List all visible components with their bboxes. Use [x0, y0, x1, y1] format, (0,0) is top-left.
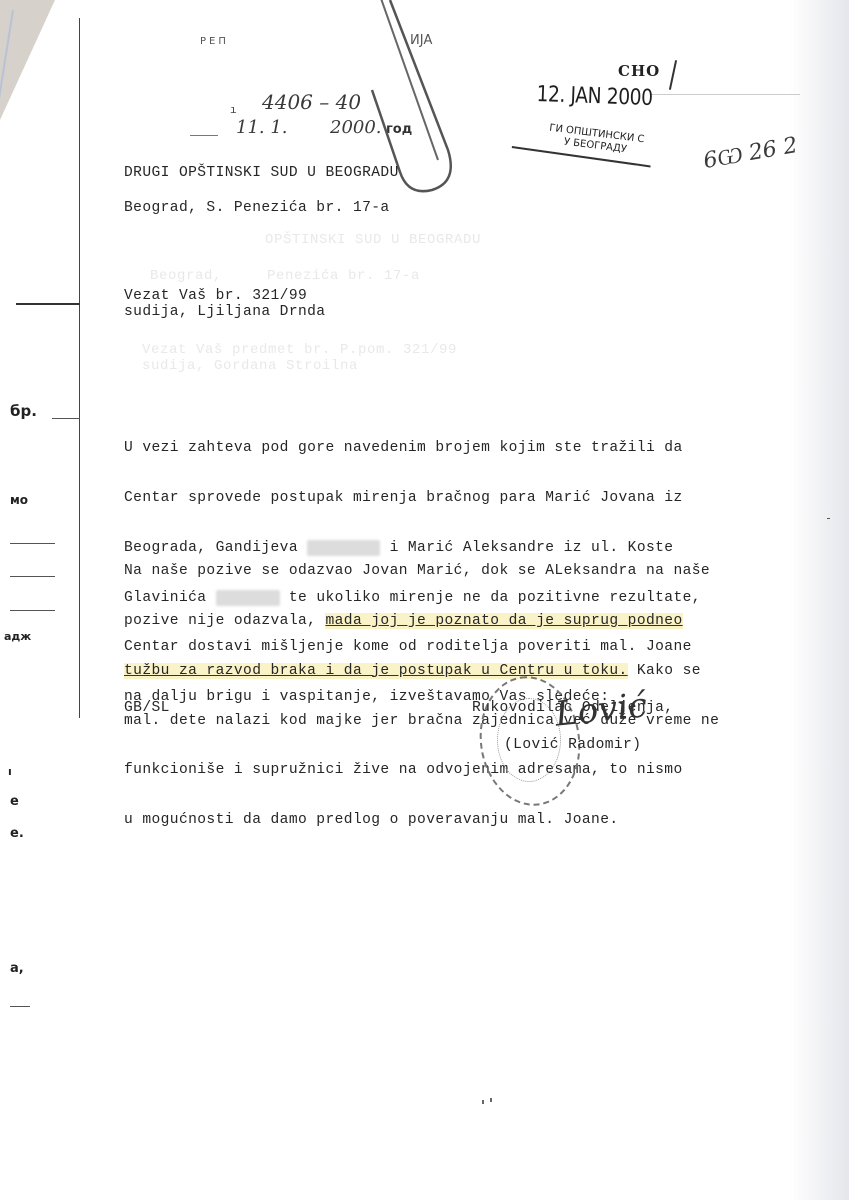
handwritten-reference: 6Ѡ 26 2: [701, 132, 799, 174]
scan-shadow: [789, 0, 849, 1200]
handwritten-date: 11. 1.: [236, 117, 288, 138]
judge-line: sudija, Ljiljana Drnda: [124, 304, 325, 321]
header-dash: [190, 135, 218, 136]
receipt-stamp-label: СНО: [618, 62, 660, 80]
body-line: Na naše pozive se odazvao Jovan Marić, d…: [124, 563, 719, 580]
margin-dash: [52, 418, 80, 419]
folded-corner: [0, 0, 55, 120]
margin-fragment: а,: [10, 961, 24, 976]
ghost-text: OPŠTINSKI SUD U BEOGRADU: [265, 232, 481, 248]
margin-dash: [10, 576, 55, 577]
margin-line: [79, 18, 80, 718]
header-fragment-left: РЕП: [200, 36, 229, 47]
margin-dash: [10, 543, 55, 544]
ghost-text: sudija, Gordana Stroilna: [142, 358, 358, 374]
text-segment: Kako se: [628, 663, 701, 679]
ghost-text: Vezat Vaš predmet br. P.pom. 321/99: [142, 342, 457, 358]
margin-tick: [16, 303, 80, 305]
margin-fragment: мо: [10, 493, 28, 507]
margin-dash: [10, 610, 55, 611]
scan-speck: [490, 1098, 492, 1102]
stamp-slash: [669, 60, 677, 90]
margin-dash: [10, 1006, 30, 1007]
highlighted-text: tužbu za razvod braka i da je postupak u…: [124, 663, 628, 679]
dot: ı: [230, 105, 237, 117]
handwritten-number: 4406 – 40: [262, 90, 361, 114]
body-line: u mogućnosti da damo predlog o poveravan…: [124, 812, 719, 829]
scan-speck: [482, 1100, 484, 1104]
body-line: tužbu za razvod braka i da je postupak u…: [124, 663, 719, 680]
margin-fragment: ı: [8, 765, 12, 778]
typist-initials: GB/SL: [124, 700, 170, 716]
margin-fragment: е.: [10, 826, 24, 841]
stamp-rule: [650, 94, 800, 95]
scan-speck: [827, 518, 830, 519]
body-line: Centar sprovede postupak mirenja bračnog…: [124, 490, 701, 507]
margin-fragment: адж: [4, 630, 31, 643]
body-line: funkcioniše i supružnici žive na odvojen…: [124, 762, 719, 779]
recipient-court: DRUGI OPŠTINSKI SUD U BEOGRADU: [124, 165, 399, 182]
highlighted-text: mada joj je poznato da je suprug podneo: [325, 613, 682, 629]
body-line: U vezi zahteva pod gore navedenim brojem…: [124, 440, 701, 457]
signatory-name: (Lović Radomir): [504, 737, 641, 753]
recipient-address: Beograd, S. Penezića br. 17-a: [124, 200, 390, 217]
receipt-stamp-court: ГИ ОПШТИНСКИ С У БЕОГРАДУ: [525, 120, 667, 161]
body-line: pozive nije odazvala, mada joj je poznat…: [124, 613, 719, 630]
margin-fragment: е: [10, 794, 19, 809]
receipt-stamp-date: 12. JAN 2000: [536, 82, 653, 111]
text-segment: pozive nije odazvala,: [124, 613, 325, 629]
ghost-text: Beograd, Penezića br. 17-a: [150, 268, 420, 284]
reference-line: Vezat Vaš br. 321/99: [124, 288, 307, 305]
margin-fragment: бр.: [10, 402, 37, 420]
